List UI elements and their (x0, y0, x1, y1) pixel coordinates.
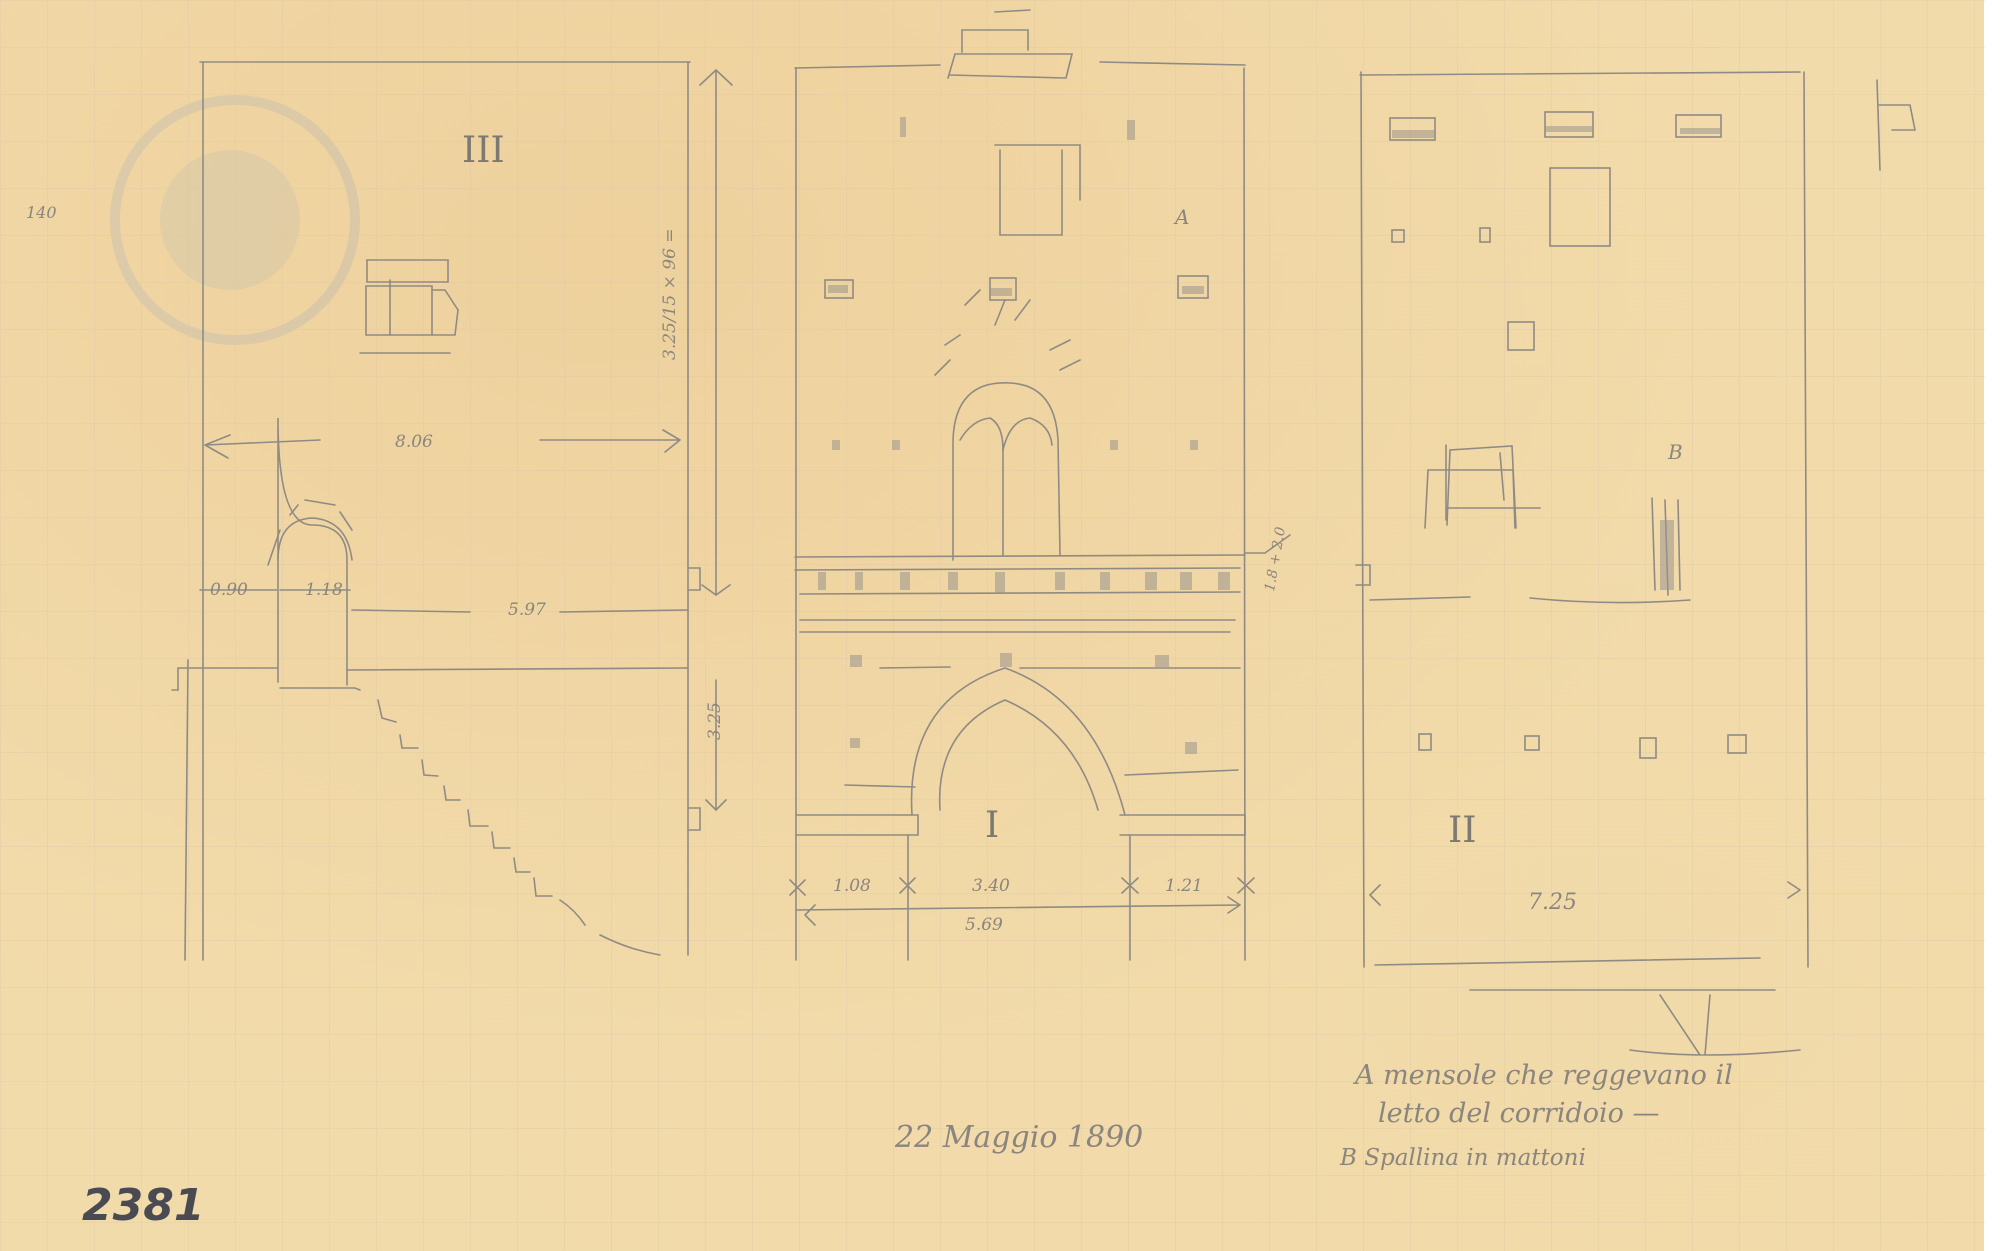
dimension-width-iii: 8.06 (395, 432, 433, 452)
dimension-vertical-bottom: 3.25 (705, 702, 725, 740)
dimension-door-width-iii: 1.18 (305, 580, 343, 600)
elevation-label-i: I (985, 805, 999, 846)
marker-a: A (1175, 205, 1189, 229)
legend-note-a: A mensole che reggevano il (1355, 1060, 1733, 1091)
dimension-base-right-i: 1.21 (1165, 876, 1203, 896)
sketch-date: 22 Maggio 1890 (895, 1120, 1143, 1155)
legend-note-a-continued: letto del corridoio — (1378, 1098, 1659, 1129)
dimension-base-left-i: 1.08 (833, 876, 871, 896)
legend-note-b: B Spallina in mattoni (1340, 1145, 1586, 1171)
dimension-total-width-i: 5.69 (965, 915, 1003, 935)
elevation-label-iii: III (462, 130, 505, 171)
marker-b: B (1668, 440, 1683, 464)
margin-number: 140 (26, 203, 57, 222)
dimension-door-left-iii: 0.90 (210, 580, 248, 600)
dimension-right-span-iii: 5.97 (508, 600, 546, 620)
dimension-width-ii: 7.25 (1528, 890, 1577, 915)
inventory-number: 2381 (82, 1180, 204, 1231)
elevation-label-ii: II (1448, 810, 1476, 851)
dimension-vertical-top: 3.25/15 × 96 = (660, 228, 680, 360)
dimension-arch-span-i: 3.40 (972, 876, 1010, 896)
